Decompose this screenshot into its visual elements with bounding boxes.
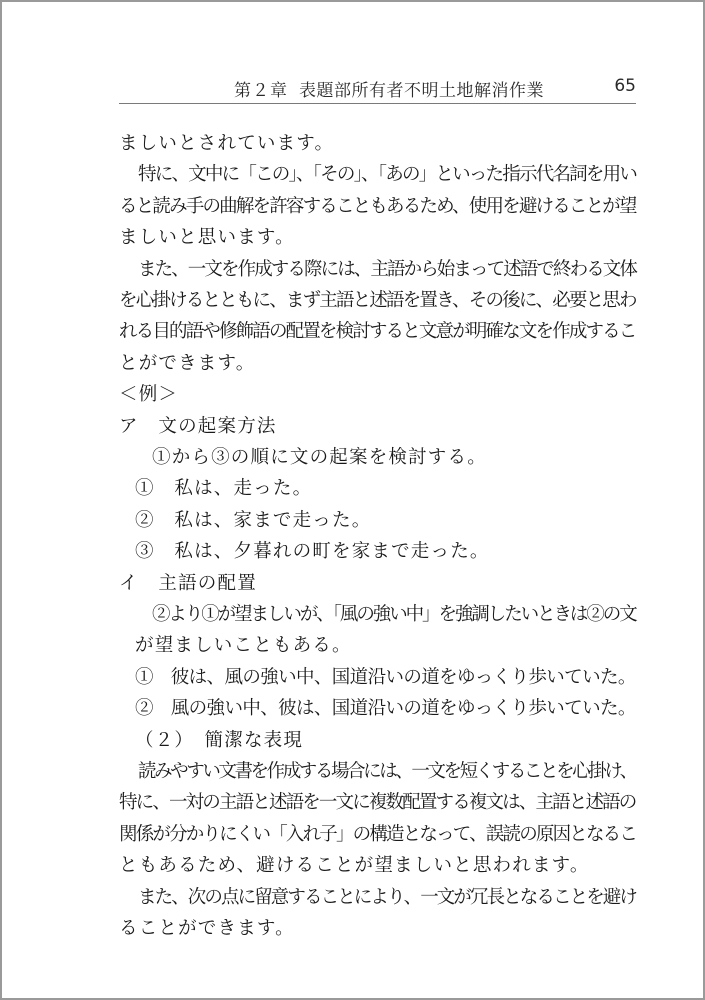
body-line: また、次の点に留意することにより、一文が冗長となることを避け	[138, 884, 636, 912]
example-item: ① 彼は、風の強い中、国道沿いの道をゆっくり歩いていた。	[135, 664, 636, 692]
subsection-heading-i: イ 主語の配置	[119, 570, 257, 598]
body-line: が望ましいこともある。	[135, 632, 352, 660]
section-heading: （２） 簡潔な表現	[135, 727, 303, 755]
subsection-heading-a: ア 文の起案方法	[119, 413, 277, 441]
header-rule	[119, 103, 636, 104]
body-line: ①から③の順に文の起案を検討する。	[152, 444, 487, 472]
example-heading: ＜例＞	[119, 381, 178, 409]
body-line: とができます。	[119, 350, 255, 378]
body-line: ることができます。	[119, 915, 295, 943]
body-line: 特に、文中に「この」、「その」、「あの」といった指示代名詞を用い	[138, 161, 636, 189]
body-line: 特に、一対の主語と述語を一文に複数配置する複文は、主語と述語の	[119, 789, 635, 817]
body-line: ②より①が望ましいが、「風の強い中」を強調したいときは②の文	[152, 601, 636, 629]
body-line: ると読み手の曲解を許容することもあるため、使用を避けることが望	[119, 193, 636, 221]
page-number: 65	[614, 76, 636, 96]
body-line: ともあるため、避けることが望ましいと思われます。	[119, 852, 590, 880]
body-line: 読みやすい文書を作成する場合には、一文を短くすることを心掛け、	[138, 758, 636, 786]
example-item: ② 風の強い中、彼は、国道沿いの道をゆっくり歩いていた。	[135, 695, 636, 723]
example-item: ① 私は、走った。	[135, 475, 312, 503]
chapter-label: 第２章	[234, 76, 288, 101]
body-line: ましいと思います。	[119, 224, 295, 252]
example-item: ② 私は、家まで走った。	[135, 507, 371, 535]
body-line: れる目的語や修飾語の配置を検討すると文意が明確な文を作成するこ	[119, 318, 635, 346]
body-line: を心掛けるとともに、まず主語と述語を置き、その後に、必要と思わ	[119, 287, 636, 315]
running-header: 第２章 表題部所有者不明土地解消作業 65	[2, 74, 636, 100]
chapter-title: 表題部所有者不明土地解消作業	[299, 76, 544, 101]
document-page: 第２章 表題部所有者不明土地解消作業 65 ましいとされています。 特に、文中に…	[0, 0, 705, 1000]
example-item: ③ 私は、夕暮れの町を家まで走った。	[135, 538, 490, 566]
body-line: また、一文を作成する際には、主語から始まって述語で終わる文体	[138, 256, 636, 284]
body-line: 関係が分かりにくい「入れ子」の構造となって、誤読の原因となるこ	[119, 821, 636, 849]
body-line: ましいとされています。	[119, 130, 334, 158]
